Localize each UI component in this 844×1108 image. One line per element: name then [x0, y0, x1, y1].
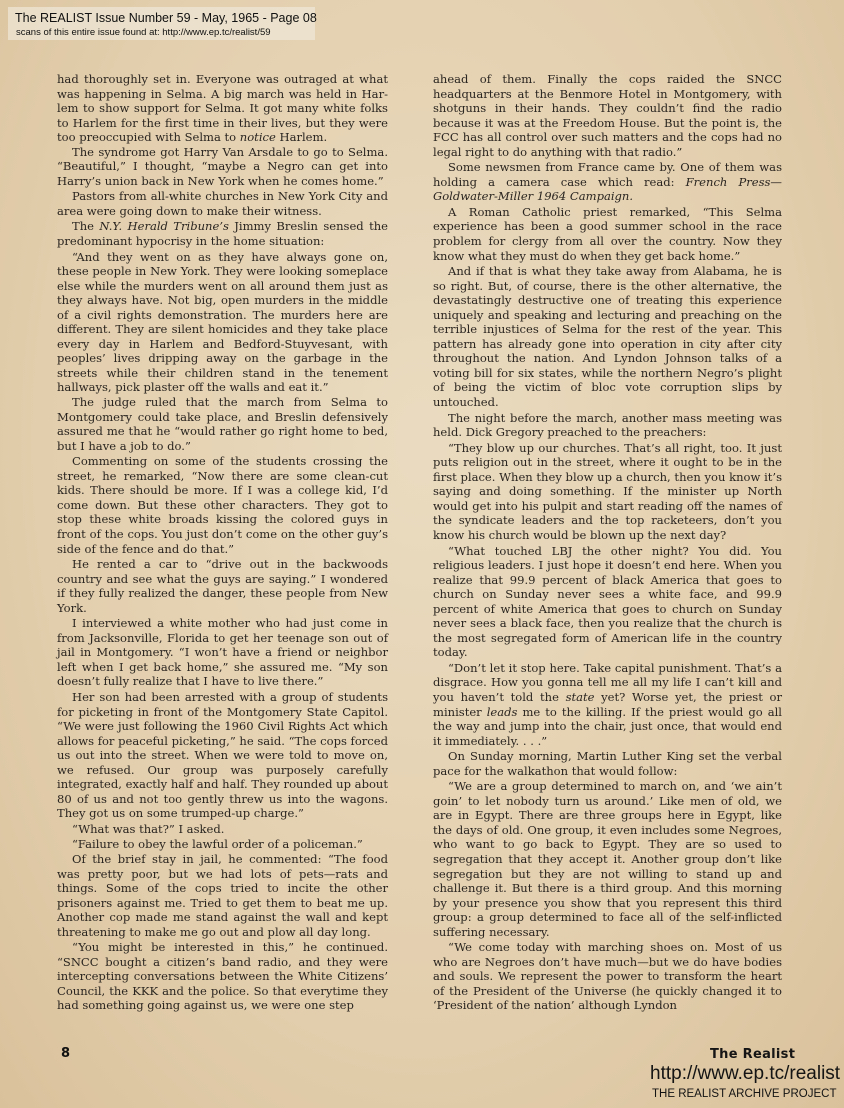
paragraph: “And they went on as they have always go… [57, 250, 388, 395]
paragraph: On Sunday morning, Martin Luther King se… [433, 749, 782, 778]
emphasis-state: state [566, 690, 595, 704]
paragraph: Her son had been arrested with a group o… [57, 690, 388, 821]
right-column: ahead of them. Finally the cops raided t… [433, 72, 782, 1013]
emphasis-leads: leads [487, 705, 518, 719]
paragraph: A Roman Catholic priest remarked, “This … [433, 205, 782, 263]
paragraph: “We come today with marching shoes on. M… [433, 940, 782, 1013]
paragraph: The syndrome got Harry Van Arsdale to go… [57, 145, 388, 189]
archive-url-link[interactable]: http://www.ep.tc/realist [650, 1063, 840, 1085]
paragraph: The N.Y. Herald Tribune’s Jimmy Breslin … [57, 219, 388, 248]
scan-source-note: scans of this entire issue found at: htt… [16, 27, 271, 38]
paragraph: Of the brief stay in jail, he commented:… [57, 852, 388, 939]
camera-case-text: French Press—Goldwater-Miller 1964 Campa… [433, 175, 782, 204]
publication-name: N.Y. Herald Tribune’s [99, 219, 229, 233]
paragraph: ahead of them. Finally the cops raided t… [433, 72, 782, 159]
paragraph: Pastors from all-white churches in New Y… [57, 189, 388, 218]
emphasis-notice: notice [240, 130, 276, 144]
paragraph: “We are a group determined to march on, … [433, 779, 782, 939]
page-number: 8 [61, 1046, 70, 1061]
issue-title: The REALIST Issue Number 59 - May, 1965 … [15, 11, 317, 25]
paragraph: “Failure to obey the lawful order of a p… [57, 837, 388, 852]
archive-project-label: THE REALIST ARCHIVE PROJECT [652, 1088, 836, 1100]
paragraph: The judge ruled that the march from Selm… [57, 395, 388, 453]
paragraph: “What was that?” I asked. [57, 822, 388, 837]
left-column: had thoroughly set in. Everyone was outr… [57, 72, 388, 1013]
scan-header-box: The REALIST Issue Number 59 - May, 1965 … [8, 7, 315, 40]
paragraph: Some newsmen from France came by. One of… [433, 160, 782, 204]
magazine-name: The Realist [710, 1047, 795, 1062]
paragraph: He rented a car to “drive out in the bac… [57, 557, 388, 615]
paragraph: I interviewed a white mother who had jus… [57, 616, 388, 689]
paragraph: had thoroughly set in. Everyone was outr… [57, 72, 388, 145]
paragraph: “Don’t let it stop here. Take capital pu… [433, 661, 782, 748]
paragraph: Commenting on some of the students cross… [57, 454, 388, 556]
paragraph: The night before the march, another mass… [433, 411, 782, 440]
paragraph: “What touched LBJ the other night? You d… [433, 544, 782, 660]
paragraph: “You might be interested in this,” he co… [57, 940, 388, 1013]
paragraph: “They blow up our churches. That’s all r… [433, 441, 782, 543]
paragraph: And if that is what they take away from … [433, 264, 782, 409]
